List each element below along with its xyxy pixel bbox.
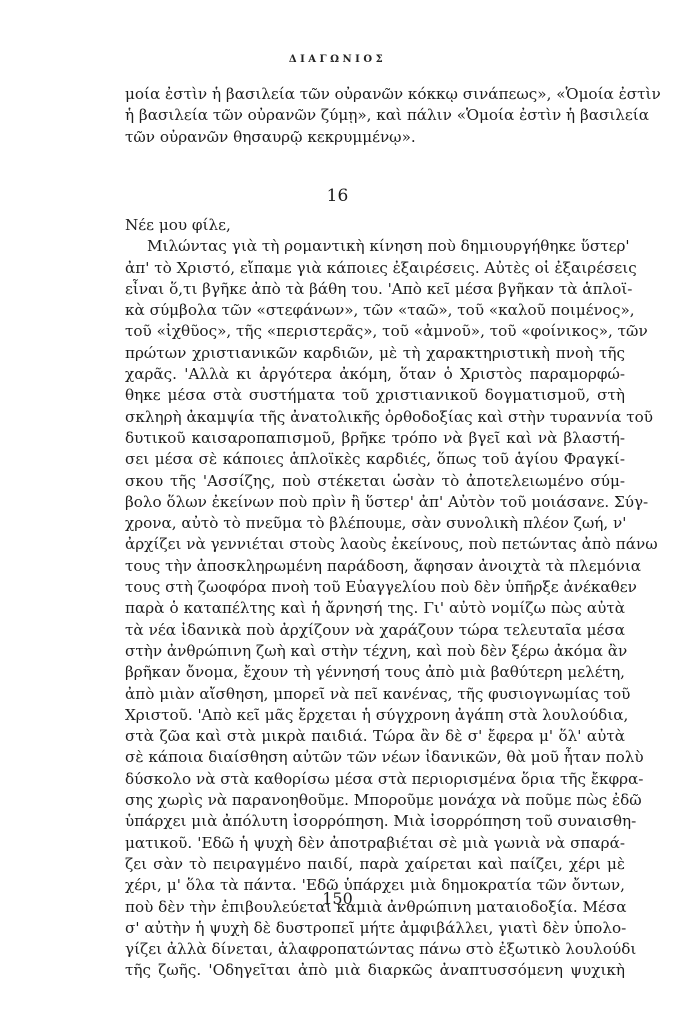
text-line: βολο ὅλων ἐκείνων ποὺ πρὶν ἢ ὕστερ' ἀπ' … [125, 492, 625, 513]
text-line: σης χωρὶς νὰ παρανοηθοῦμε. Μποροῦμε μονά… [125, 790, 625, 811]
text-line: στὴν ἀνθρώπινη ζωὴ καὶ στὴν τέχνη, καὶ π… [125, 641, 625, 662]
text-line: Χριστοῦ. 'Απὸ κεῖ μᾶς ἔρχεται ἡ σύγχρονη… [125, 705, 625, 726]
text-line: ἀπὸ μιὰν αἴσθηση, μπορεῖ νὰ πεῖ κανένας,… [125, 684, 625, 705]
text-line: χρονα, αὐτὸ τὸ πνεῦμα τὸ βλέπουμε, σὰν σ… [125, 513, 625, 534]
text-line: βρῆκαν ὄνομα, ἔχουν τὴ γέννησή τους ἀπὸ … [125, 662, 625, 683]
text-line: ζει σὰν τὸ πειραγμένο παιδί, παρὰ χαίρετ… [125, 854, 625, 875]
book-page: ΔΙΑΓΩΝΙΟΣ μοία ἐστὶν ἡ βασιλεία τῶν οὐρα… [0, 0, 675, 1024]
text-line: τῆς ζωῆς. 'Οδηγεῖται ἀπὸ μιὰ διαρκῶς ἀνα… [125, 960, 625, 981]
text-line: σκληρὴ ἀκαμψία τῆς ἀνατολικῆς ὀρθοδοξίας… [125, 407, 625, 428]
text-line: σκου τῆς 'Ασσίζης, ποὺ στέκεται ὡσὰν τὸ … [125, 471, 625, 492]
letter-body: Νέε μου φίλε, Μιλώντας γιὰ τὴ ρομαντικὴ … [125, 215, 625, 982]
text-line: τους στὴ ζωοφόρα πνοὴ τοῦ Εὐαγγελίου ποὺ… [125, 577, 625, 598]
text-line: ἀπ' τὸ Χριστό, εἴπαμε γιὰ κάποιες ἐξαιρέ… [125, 258, 625, 279]
text-line: παρὰ ὁ καταπέλτης καὶ ἡ ἄρνησή της. Γι' … [125, 598, 625, 619]
text-line: τους τὴν ἀποσκληρωμένη παράδοση, ἄφησαν … [125, 556, 625, 577]
text-line: ὑπάρχει μιὰ ἀπόλυτη ἰσορρόπηση. Μιὰ ἰσορ… [125, 811, 625, 832]
salutation: Νέε μου φίλε, [125, 215, 625, 236]
text-line: σει μέσα σὲ κάποιες ἁπλοϊκὲς καρδιές, ὅπ… [125, 449, 625, 470]
section-number: 16 [0, 186, 675, 206]
text-line: σὲ κάποια διαίσθηση αὐτῶν τῶν νέων ἰδανι… [125, 747, 625, 768]
text-line: ἀρχίζει νὰ γεννιέται στοὺς λαοὺς ἐκείνου… [125, 534, 625, 555]
text-line: στὰ ζῶα καὶ στὰ μικρὰ παιδιά. Τώρα ἂν δὲ… [125, 726, 625, 747]
text-line: δυτικοῦ καισαροπαπισμοῦ, βρῆκε τρόπο νὰ … [125, 428, 625, 449]
text-line: Μιλώντας γιὰ τὴ ρομαντικὴ κίνηση ποὺ δημ… [125, 236, 625, 257]
opening-paragraph: μοία ἐστὶν ἡ βασιλεία τῶν οὐρανῶν κόκκῳ … [125, 84, 625, 148]
text-line: τοῦ «ἰχθῦος», τῆς «περιστερᾶς», τοῦ «ἀμν… [125, 321, 625, 342]
text-line: θηκε μέσα στὰ συστήματα τοῦ χριστιανικοῦ… [125, 385, 625, 406]
text-line: σ' αὐτὴν ἡ ψυχὴ δὲ δυστροπεῖ μήτε ἀμφιβά… [125, 918, 625, 939]
text-line: εἶναι ὅ,τι βγῆκε ἀπὸ τὰ βάθη του. 'Απὸ κ… [125, 279, 625, 300]
text-line: ματικοῦ. 'Εδῶ ἡ ψυχὴ δὲν ἀποτραβιέται σὲ… [125, 833, 625, 854]
text-line: κὰ σύμβολα τῶν «στεφάνων», τῶν «ταῶ», το… [125, 300, 625, 321]
text-line: τὰ νέα ἰδανικὰ ποὺ ἀρχίζουν νὰ χαράζουν … [125, 620, 625, 641]
text-line: δύσκολο νὰ στὰ καθορίσω μέσα στὰ περιορι… [125, 769, 625, 790]
text-line: χαρᾶς. 'Αλλὰ κι ἀργότερα ἀκόμη, ὅταν ὁ Χ… [125, 364, 625, 385]
text-line: τῶν οὐρανῶν θησαυρῷ κεκρυμμένῳ». [125, 127, 625, 148]
text-line: γίζει ἀλλὰ δίνεται, ἀλαφροπατώντας πάνω … [125, 939, 625, 960]
page-number: 150 [0, 889, 675, 908]
text-line: πρώτων χριστιανικῶν καρδιῶν, μὲ τὴ χαρακ… [125, 343, 625, 364]
text-line: μοία ἐστὶν ἡ βασιλεία τῶν οὐρανῶν κόκκῳ … [125, 84, 625, 105]
running-head: ΔΙΑΓΩΝΙΟΣ [0, 54, 675, 65]
text-line: ἡ βασιλεία τῶν οὐρανῶν ζύμῃ», καὶ πάλιν … [125, 105, 625, 126]
